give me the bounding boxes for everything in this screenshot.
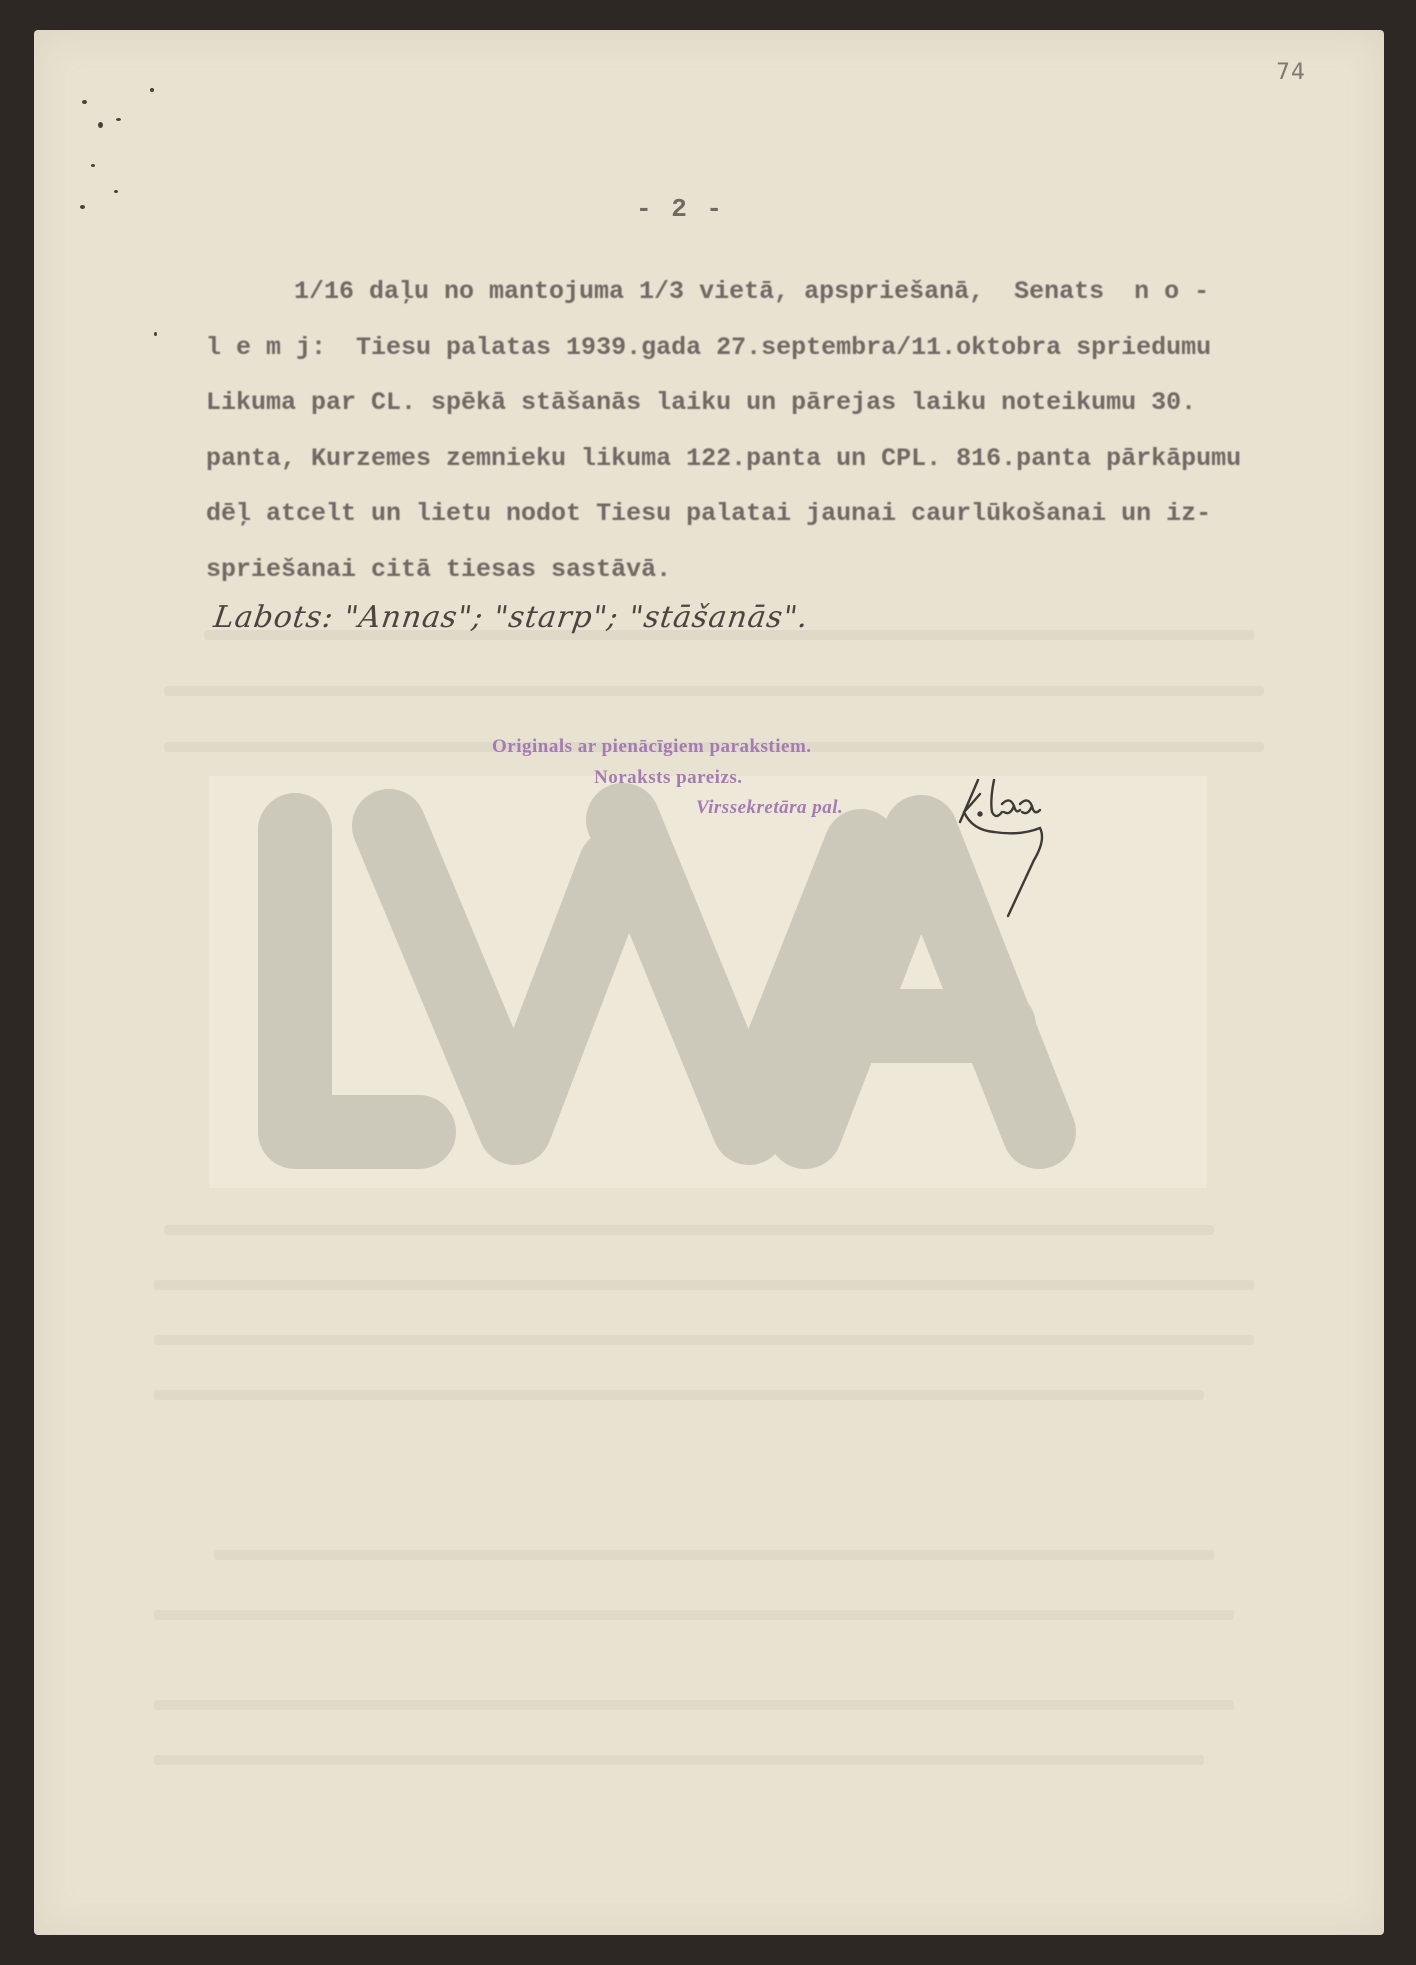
ink-speck: [82, 100, 87, 104]
ink-speck: [116, 118, 121, 121]
stamp-line-secretary: Virssekretāra pal.: [696, 797, 843, 819]
body-line: Likuma par CL. spēkā stāšanās laiku un p…: [206, 375, 1256, 431]
bleed-through: [154, 1755, 1204, 1765]
body-line: panta, Kurzemes zemnieku likuma 122.pant…: [206, 431, 1256, 487]
ink-speck: [150, 88, 154, 92]
ink-speck: [98, 122, 103, 128]
body-line: 1/16 daļu no mantojuma 1/3 vietā, apspri…: [206, 264, 1256, 320]
ink-speck: [91, 164, 95, 167]
ink-speck: [80, 205, 85, 209]
stamp-line-original: Originals ar pienācīgiem parakstiem.: [492, 736, 812, 758]
body-line: l e m j: Tiesu palatas 1939.gada 27.sept…: [206, 320, 1256, 376]
signature-icon: [950, 760, 1060, 940]
bleed-through: [154, 1390, 1204, 1400]
bleed-through: [154, 1610, 1234, 1620]
handwritten-correction-note: Labots: "Annas"; "starp"; "stāšanās".: [212, 600, 811, 635]
ink-speck: [114, 190, 118, 193]
typewritten-body: 1/16 daļu no mantojuma 1/3 vietā, apspri…: [206, 264, 1256, 597]
stamp-line-copy-correct: Noraksts pareizs.: [594, 767, 743, 789]
folio-number: 74: [1276, 60, 1306, 85]
bleed-through: [154, 1335, 1254, 1345]
bleed-through: [154, 1700, 1234, 1710]
bleed-through: [164, 1225, 1214, 1235]
ink-speck: [154, 332, 157, 336]
bleed-through: [164, 686, 1264, 696]
page-number: - 2 -: [636, 194, 724, 224]
bleed-through: [154, 1280, 1254, 1290]
body-line: dēļ atcelt un lietu nodot Tiesu palatai …: [206, 486, 1256, 542]
bleed-through: [214, 1550, 1214, 1560]
body-line: spriešanai citā tiesas sastāvā.: [206, 542, 1256, 598]
